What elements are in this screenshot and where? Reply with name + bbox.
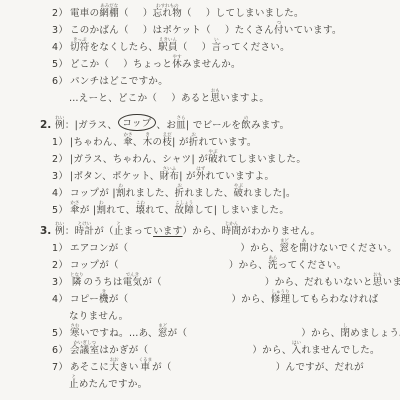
text-segment: れて、 (145, 202, 174, 216)
furigana: こわ (135, 201, 145, 206)
answer-blank (129, 35, 143, 36)
ruby-text: 傘かさ (123, 133, 133, 148)
ruby-text: 外はず (196, 167, 206, 182)
answer-blank (162, 287, 265, 288)
furigana: き (99, 290, 109, 295)
ruby-text: 車くるま (139, 358, 153, 373)
furigana: でんき (123, 273, 143, 278)
text-segment: あそこに (70, 359, 109, 373)
text-segment: れました|。 (243, 185, 296, 199)
text-segment: ）から、 (252, 342, 291, 356)
furigana: かさ (70, 201, 80, 206)
ruby-text: 開あ (299, 239, 309, 254)
text-segment: れました、 (184, 185, 233, 199)
furigana: あみだな (99, 4, 119, 9)
furigana: と (69, 375, 79, 380)
answer-blank (211, 35, 225, 36)
ruby-text: 財布さいふ (160, 167, 180, 182)
section-2-example: 2.例れい：|ガラス、コップ、お皿さら| でビールを飲のみます。 (0, 114, 400, 131)
text-segment: ）んですが、だれが (276, 359, 364, 373)
text-segment: はかぎが（ (99, 342, 148, 356)
text-segment: ）から、 (231, 291, 270, 305)
text-segment: の (153, 134, 163, 148)
text-segment: います。 (383, 274, 400, 288)
furigana: し (340, 324, 350, 329)
furigana: い (211, 38, 221, 43)
text-segment: |ちゃわん、 (70, 134, 123, 148)
ruby-text: 洗あら (268, 256, 278, 271)
furigana: となり (70, 273, 84, 278)
ruby-text: 思おも (373, 273, 383, 288)
ruby-text: 窓まど (280, 239, 290, 254)
section-3-example: 3.例れい：時計とけいが（止とまっています）から、時間じかんがわかりません。 (0, 220, 400, 237)
furigana: わ (116, 184, 126, 189)
item-number: 3） (52, 168, 70, 182)
q1-item-3: 3）このかばん（）はポケット（）たくさん付ついています。 (0, 19, 400, 36)
ruby-text: 折お (175, 184, 185, 199)
ruby-text: 皿さら (176, 116, 186, 131)
text-segment: が（ (168, 325, 188, 339)
item-number: 5） (52, 56, 70, 70)
furigana: やす (172, 55, 182, 60)
text-segment: 、お (157, 117, 177, 131)
text-segment: エアコンが（ (70, 240, 128, 254)
text-segment: が（ (94, 223, 114, 237)
ruby-text: 大おお (109, 358, 119, 373)
ruby-text: 隣となり (70, 273, 84, 288)
text-segment: 、 (133, 134, 143, 148)
ruby-text: 止と (114, 222, 124, 237)
text-segment: このかばん（ (70, 22, 129, 36)
text-segment: ） (143, 5, 153, 19)
ruby-text: 電気でんき (123, 273, 143, 288)
q3-item-7-cont: 止とめたんですか。 (0, 373, 400, 390)
furigana: じかん (222, 222, 242, 227)
item-number: 3） (52, 22, 70, 36)
furigana: わ (96, 201, 106, 206)
answer-blank (128, 304, 231, 305)
ruby-text: 壊こわ (135, 201, 145, 216)
text-segment: 電車の (70, 5, 99, 19)
furigana: はず (196, 167, 206, 172)
text-segment: が | (80, 202, 97, 216)
text-segment: をなくしたら、 (90, 39, 159, 53)
q1-item-5: 5）どこか（）ちょっと休やすみませんか。 (0, 53, 400, 70)
text-segment: | が (172, 134, 189, 148)
text-segment: けないでください。 (309, 240, 397, 254)
ruby-text: 例れい (55, 116, 65, 131)
text-segment: ）から、 (240, 240, 279, 254)
text-segment: ）たくさん (225, 22, 274, 36)
furigana: き (143, 133, 153, 138)
text-segment: めたんですか。 (79, 376, 148, 390)
q3-item-1: 1）エアコンが（）から、窓まどを開あけないでください。 (0, 237, 400, 254)
q2-item-1: 1）|ちゃわん、傘かさ、木きの枝えだ| が折おれています。 (0, 131, 400, 148)
text-segment: ）から、 (182, 223, 221, 237)
ruby-text: 会議室かいぎしつ (70, 341, 99, 356)
text-segment: れませんでした。 (301, 342, 379, 356)
text-segment: |ボタン、ポケット、 (70, 168, 160, 182)
text-segment: のうちは (84, 274, 123, 288)
furigana: れい (55, 222, 65, 227)
answer-blank (188, 52, 202, 53)
q3-item-3: 3）隣となりのうちは電気でんきが（）から、だれもいないと思おもいます。 (0, 271, 400, 288)
text-segment: が（ (109, 291, 129, 305)
furigana: かさ (123, 133, 133, 138)
text-segment: めましょう。 (350, 325, 400, 339)
text-segment: …えーと、どこか（ (69, 90, 157, 104)
circled-answer: コップ (118, 114, 155, 131)
q1-item-4: 4）切符きっぷをなくしたら、駅員えきいん（）言いってください。 (0, 36, 400, 53)
text-segment: まって (124, 223, 153, 237)
q3-item-2: 2）コップが（）から、洗あらってください。 (0, 254, 400, 271)
ruby-text: 破やぶ (208, 150, 218, 165)
furigana: さら (176, 116, 186, 121)
item-number: 4） (52, 39, 70, 53)
answer-blank (157, 103, 171, 104)
item-number: 2） (52, 151, 70, 165)
text-segment: コップが | (70, 185, 116, 199)
ruby-text: 割わ (116, 184, 126, 199)
text-segment: コップが（ (70, 257, 119, 271)
ruby-text: 窓まど (158, 324, 168, 339)
q3-item-7: 7）あそこに大おおきい車くるまが（）んですが、だれが (0, 356, 400, 373)
ruby-text: 休やす (172, 55, 182, 70)
furigana: わすれもの (153, 4, 182, 9)
ruby-text: 忘れ物わすれもの (153, 4, 182, 19)
text-segment: れてしまいました。 (218, 151, 306, 165)
text-segment: （ (182, 5, 192, 19)
answer-blank (109, 69, 123, 70)
text-segment: を (289, 240, 299, 254)
text-segment: ）から、だれもいないと (265, 274, 373, 288)
furigana: あら (268, 256, 278, 261)
q2-item-5: 5）傘かさが |割われて、壊こわれて、故障こしょうして| しまいました。 (0, 199, 400, 216)
q3-item-6: 6）会議室かいぎしつはかぎが（）から、入はいれませんでした。 (0, 339, 400, 356)
answer-blank (187, 338, 301, 339)
furigana: お (175, 184, 185, 189)
item-number: 6） (52, 342, 70, 356)
next-line-cut-off (0, 390, 400, 400)
ruby-text: 言い (211, 38, 221, 53)
text-segment: ）してしまいました。 (206, 5, 304, 19)
item-number: 7） (52, 359, 70, 373)
ruby-text: 切符きっぷ (70, 38, 90, 53)
ruby-text: 枝えだ (162, 133, 172, 148)
item-number: 6） (52, 73, 70, 87)
text-segment: れていますよ。 (206, 168, 275, 182)
item-number: 3. (40, 225, 55, 237)
furigana: おお (109, 358, 119, 363)
text-segment: して| しまいました。 (194, 202, 289, 216)
furigana: つ (274, 21, 284, 26)
text-segment: が（ (142, 274, 162, 288)
furigana: れい (55, 116, 65, 121)
ruby-text: 修理しゅうり (271, 290, 291, 305)
text-segment: ：|ガラス、 (65, 117, 118, 131)
q1-item-2: 2）電車の網棚あみだな（）忘れ物わすれもの（）してしまいました。 (0, 2, 400, 19)
q2-item-3: 3）|ボタン、ポケット、財布さいふ| が外はずれていますよ。 (0, 165, 400, 182)
answer-blank (119, 270, 229, 271)
item-number: 2. (40, 119, 55, 131)
ruby-text: 折お (189, 133, 199, 148)
ruby-text: 故障こしょう (175, 201, 195, 216)
text-segment: |ガラス、ちゃわん、シャツ| が (70, 151, 208, 165)
item-number: 1） (52, 240, 70, 254)
furigana: おも (210, 89, 220, 94)
text-segment: がわかりません。 (241, 223, 320, 237)
furigana: おも (373, 273, 383, 278)
item-number: 2） (52, 257, 70, 271)
ruby-text: 傘かさ (70, 201, 80, 216)
item-number: 3） (52, 274, 70, 288)
ruby-text: 時計とけい (75, 222, 95, 237)
furigana: こしょう (175, 201, 195, 206)
furigana: あ (299, 239, 309, 244)
furigana: の (241, 116, 251, 121)
ruby-text: 例れい (55, 222, 65, 237)
text-segment: みます。 (251, 117, 289, 131)
answer-blank (129, 18, 143, 19)
text-segment: （ (119, 5, 129, 19)
furigana: まど (158, 324, 168, 329)
text-segment: ）はポケット（ (143, 22, 211, 36)
q3-item-4: 4）コピー機きが（）から、修理しゅうりしてもらわなければ (0, 288, 400, 305)
q3-item-5: 5）寒さむいですね。…あ、窓まどが（）から、閉しめましょう。 (0, 322, 400, 339)
q3-item-4-cont: なりません。 (0, 305, 400, 322)
text-segment: | でビールを (186, 117, 241, 131)
text-segment: ってください。 (278, 257, 347, 271)
text-segment: ）ちょっと (123, 56, 172, 70)
answer-blank (172, 372, 276, 373)
ruby-text: 入はい (292, 341, 302, 356)
ruby-text: 寒さむ (70, 324, 80, 339)
ruby-text: 木き (143, 133, 153, 148)
ruby-text: 飲の (241, 116, 251, 131)
text-segment: いますよ。 (220, 90, 269, 104)
furigana: とけい (75, 222, 95, 227)
text-segment: | が (179, 168, 196, 182)
furigana: えだ (162, 133, 172, 138)
workbook-page: 2）電車の網棚あみだな（）忘れ物わすれもの（）してしまいました。3）このかばん（… (0, 0, 400, 400)
furigana: と (114, 222, 124, 227)
furigana: やぶ (208, 150, 218, 155)
ruby-text: 閉し (340, 324, 350, 339)
text-segment: してもらわなければ (290, 291, 378, 305)
answer-blank (128, 253, 240, 254)
q1-item-6-reply: …えーと、どこか（）あると思おもいますよ。 (0, 87, 400, 104)
item-number: 5） (52, 325, 70, 339)
text-segment: ） (202, 39, 212, 53)
text-segment: きい (119, 359, 139, 373)
item-number: 2） (52, 5, 70, 19)
text-segment: れています。 (199, 134, 257, 148)
text-segment: ）あると (171, 90, 210, 104)
ruby-text: 付つ (274, 21, 284, 36)
q2-item-2: 2）|ガラス、ちゃわん、シャツ| が破やぶれてしまいました。 (0, 148, 400, 165)
text-segment: ってください。 (221, 39, 290, 53)
furigana: えきいん (158, 38, 178, 43)
q1-item-6: 6）パンチはどこですか。 (0, 70, 400, 87)
text-segment: いています。 (284, 22, 342, 36)
furigana: まど (280, 239, 290, 244)
item-number: 1） (52, 134, 70, 148)
furigana: お (189, 133, 199, 138)
furigana: しゅうり (271, 290, 291, 295)
ruby-text: 割わ (96, 201, 106, 216)
ruby-text: 網棚あみだな (99, 4, 119, 19)
underlined-answer: います (153, 223, 182, 237)
item-number: 4） (52, 185, 70, 199)
text-segment: パンチはどこですか。 (70, 73, 168, 87)
furigana: かいぎしつ (70, 341, 99, 346)
item-number: 5） (52, 202, 70, 216)
q2-item-4: 4）コップが |割われました、折おれました、破やぶれました|。 (0, 182, 400, 199)
ruby-text: 止と (69, 375, 79, 390)
text-segment: ）から、 (229, 257, 268, 271)
ruby-text: 機き (99, 290, 109, 305)
ruby-text: 時間じかん (222, 222, 242, 237)
item-number: 4） (52, 291, 70, 305)
text-segment: なりません。 (69, 308, 128, 322)
furigana: やぶ (234, 184, 244, 189)
text-segment: れて、 (106, 202, 135, 216)
text-segment: れました、 (126, 185, 175, 199)
ruby-text: 思おも (210, 89, 220, 104)
furigana: はい (292, 341, 302, 346)
ruby-text: 破やぶ (234, 184, 244, 199)
answer-blank (148, 355, 252, 356)
text-segment: いですね。…あ、 (80, 325, 158, 339)
furigana: くるま (139, 358, 153, 363)
text-segment: ： (65, 223, 75, 237)
text-segment: コピー (70, 291, 99, 305)
furigana: さむ (70, 324, 80, 329)
answer-blank (192, 18, 206, 19)
text-segment: ）から、 (301, 325, 340, 339)
text-segment: （ (178, 39, 188, 53)
ruby-text: 駅員えきいん (158, 38, 178, 53)
text-segment: みませんか。 (182, 56, 241, 70)
furigana: さいふ (160, 167, 180, 172)
text-segment: が（ (152, 359, 172, 373)
furigana: きっぷ (70, 38, 90, 43)
text-segment: どこか（ (70, 56, 109, 70)
